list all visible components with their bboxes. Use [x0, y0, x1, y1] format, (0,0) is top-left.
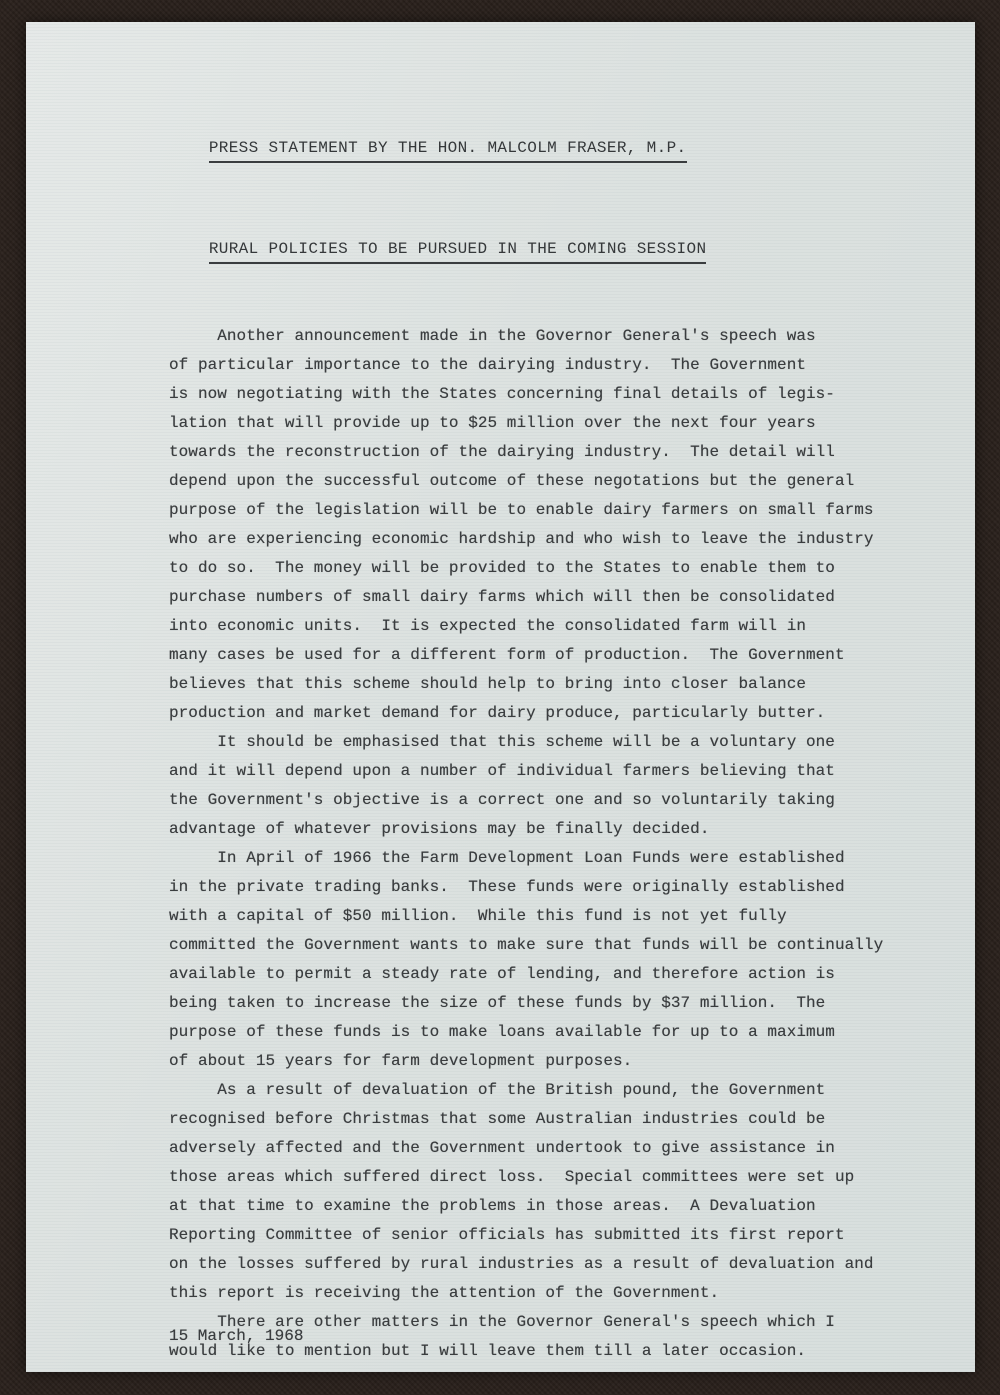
document-page: PRESS STATEMENT BY THE HON. MALCOLM FRAS…	[26, 22, 975, 1372]
body-line: It should be emphasised that this scheme…	[169, 728, 975, 757]
body-line: recognised before Christmas that some Au…	[169, 1105, 975, 1134]
body-line: production and market demand for dairy p…	[169, 699, 975, 728]
body-line: depend upon the successful outcome of th…	[169, 467, 975, 496]
body-line: Another announcement made in the Governo…	[169, 322, 975, 351]
body-line: believes that this scheme should help to…	[169, 670, 975, 699]
body-line: committed the Government wants to make s…	[169, 931, 975, 960]
body-line: purpose of these funds is to make loans …	[169, 1018, 975, 1047]
body-line: Reporting Committee of senior officials …	[169, 1221, 975, 1250]
document-heading: RURAL POLICIES TO BE PURSUED IN THE COMI…	[169, 219, 975, 284]
body-line: to do so. The money will be provided to …	[169, 554, 975, 583]
body-line: of about 15 years for farm development p…	[169, 1047, 975, 1076]
document-title-text: PRESS STATEMENT BY THE HON. MALCOLM FRAS…	[209, 138, 687, 163]
document-title: PRESS STATEMENT BY THE HON. MALCOLM FRAS…	[169, 118, 975, 183]
body-line: available to permit a steady rate of len…	[169, 960, 975, 989]
body-line: In April of 1966 the Farm Development Lo…	[169, 844, 975, 873]
body-line: those areas which suffered direct loss. …	[169, 1163, 975, 1192]
body-line: advantage of whatever provisions may be …	[169, 815, 975, 844]
body-line: at that time to examine the problems in …	[169, 1192, 975, 1221]
body-line: this report is receiving the attention o…	[169, 1279, 975, 1308]
body-line: and it will depend upon a number of indi…	[169, 757, 975, 786]
body-line: is now negotiating with the States conce…	[169, 380, 975, 409]
body-line: the Government's objective is a correct …	[169, 786, 975, 815]
body-line: with a capital of $50 million. While thi…	[169, 902, 975, 931]
document-body: Another announcement made in the Governo…	[169, 322, 975, 1366]
body-line: lation that will provide up to $25 milli…	[169, 409, 975, 438]
body-line: being taken to increase the size of thes…	[169, 989, 975, 1018]
body-line: purchase numbers of small dairy farms wh…	[169, 583, 975, 612]
document-heading-text: RURAL POLICIES TO BE PURSUED IN THE COMI…	[209, 239, 707, 264]
body-line: in the private trading banks. These fund…	[169, 873, 975, 902]
document-date: 15 March, 1968	[169, 1322, 303, 1351]
body-line: who are experiencing economic hardship a…	[169, 525, 975, 554]
body-line: towards the reconstruction of the dairyi…	[169, 438, 975, 467]
body-line: into economic units. It is expected the …	[169, 612, 975, 641]
body-line: on the losses suffered by rural industri…	[169, 1250, 975, 1279]
body-line: adversely affected and the Government un…	[169, 1134, 975, 1163]
body-line: purpose of the legislation will be to en…	[169, 496, 975, 525]
body-line: many cases be used for a different form …	[169, 641, 975, 670]
body-line: As a result of devaluation of the Britis…	[169, 1076, 975, 1105]
body-line: of particular importance to the dairying…	[169, 351, 975, 380]
photo-background: { "colors": { "background": "#2a211c", "…	[0, 0, 1000, 1395]
